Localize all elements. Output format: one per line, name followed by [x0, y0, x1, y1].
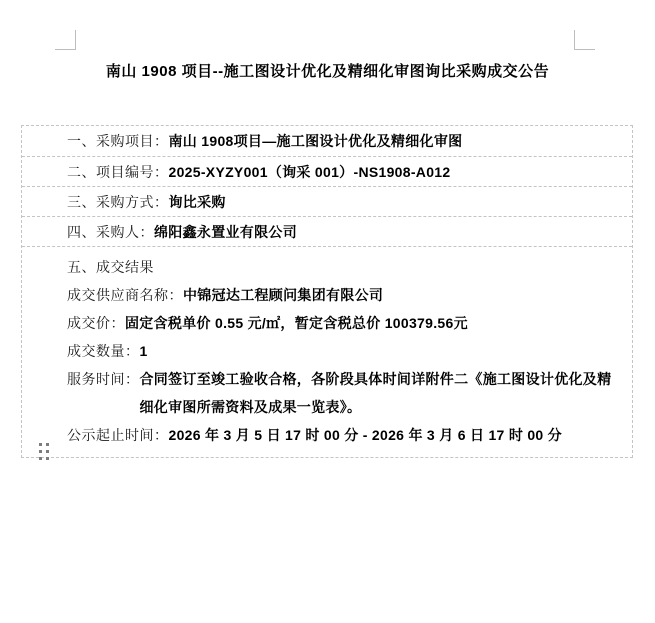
row-value: 绵阳鑫永置业有限公司 — [154, 222, 297, 242]
row-label: 四、采购人： — [67, 222, 154, 242]
item-label: 成交供应商名称： — [67, 287, 183, 303]
drag-dot — [39, 443, 42, 446]
item-value: 1 — [140, 343, 148, 359]
document-page: 南山 1908 项目--施工图设计优化及精细化审图询比采购成交公告 一、采购项目… — [0, 0, 655, 623]
drag-dot — [39, 450, 42, 453]
row-value: 南山 1908项目—施工图设计优化及精细化审图 — [169, 131, 463, 151]
result-item-service-time: 服务时间：合同签订至竣工验收合格，各阶段具体时间详附件二《施工图设计优化及精细化… — [67, 365, 624, 421]
page-title: 南山 1908 项目--施工图设计优化及精细化审图询比采购成交公告 — [0, 60, 655, 81]
margin-corner-mark-right-icon — [574, 30, 595, 50]
row-value: 2025-XYZY001（询采 001）-NS1908-A012 — [169, 162, 451, 182]
drag-handle-icon[interactable] — [39, 443, 49, 460]
item-label: 成交数量： — [67, 343, 140, 359]
item-label: 成交价： — [67, 315, 125, 331]
result-item-publicity-period: 公示起止时间：2026 年 3 月 5 日 17 时 00 分 - 2026 年… — [67, 421, 624, 449]
table-row-procurement-method: 三、采购方式：询比采购 — [22, 187, 632, 217]
item-label: 公示起止时间： — [67, 427, 169, 443]
row-label: 三、采购方式： — [67, 192, 169, 212]
result-section: 五、成交结果 成交供应商名称：中锦冠达工程顾问集团有限公司 成交价：固定含税单价… — [22, 247, 632, 457]
result-item-price: 成交价：固定含税单价 0.55 元/㎡，暂定含税总价 100379.56元 — [67, 309, 624, 337]
row-label: 二、项目编号： — [67, 162, 169, 182]
table-row-project-number: 二、项目编号：2025-XYZY001（询采 001）-NS1908-A012 — [22, 157, 632, 187]
item-label: 服务时间： — [67, 365, 140, 393]
row-label: 一、采购项目： — [67, 131, 169, 151]
result-item-supplier: 成交供应商名称：中锦冠达工程顾问集团有限公司 — [67, 281, 624, 309]
row-value: 询比采购 — [169, 192, 226, 212]
drag-dot — [46, 443, 49, 446]
result-item-quantity: 成交数量：1 — [67, 337, 624, 365]
announcement-table: 一、采购项目：南山 1908项目—施工图设计优化及精细化审图 二、项目编号：20… — [21, 125, 633, 458]
drag-dot — [46, 450, 49, 453]
drag-dot — [46, 457, 49, 460]
item-value: 2026 年 3 月 5 日 17 时 00 分 - 2026 年 3 月 6 … — [169, 427, 562, 443]
margin-corner-mark-left-icon — [55, 30, 76, 50]
result-section-heading: 五、成交结果 — [67, 253, 624, 281]
item-value: 合同签订至竣工验收合格，各阶段具体时间详附件二《施工图设计优化及精细化审图所需资… — [140, 365, 625, 421]
item-value: 中锦冠达工程顾问集团有限公司 — [183, 287, 383, 303]
table-row-procurement-project: 一、采购项目：南山 1908项目—施工图设计优化及精细化审图 — [22, 126, 632, 157]
item-value: 固定含税单价 0.55 元/㎡，暂定含税总价 100379.56元 — [125, 315, 468, 331]
drag-dot — [39, 457, 42, 460]
table-row-purchaser: 四、采购人：绵阳鑫永置业有限公司 — [22, 217, 632, 247]
